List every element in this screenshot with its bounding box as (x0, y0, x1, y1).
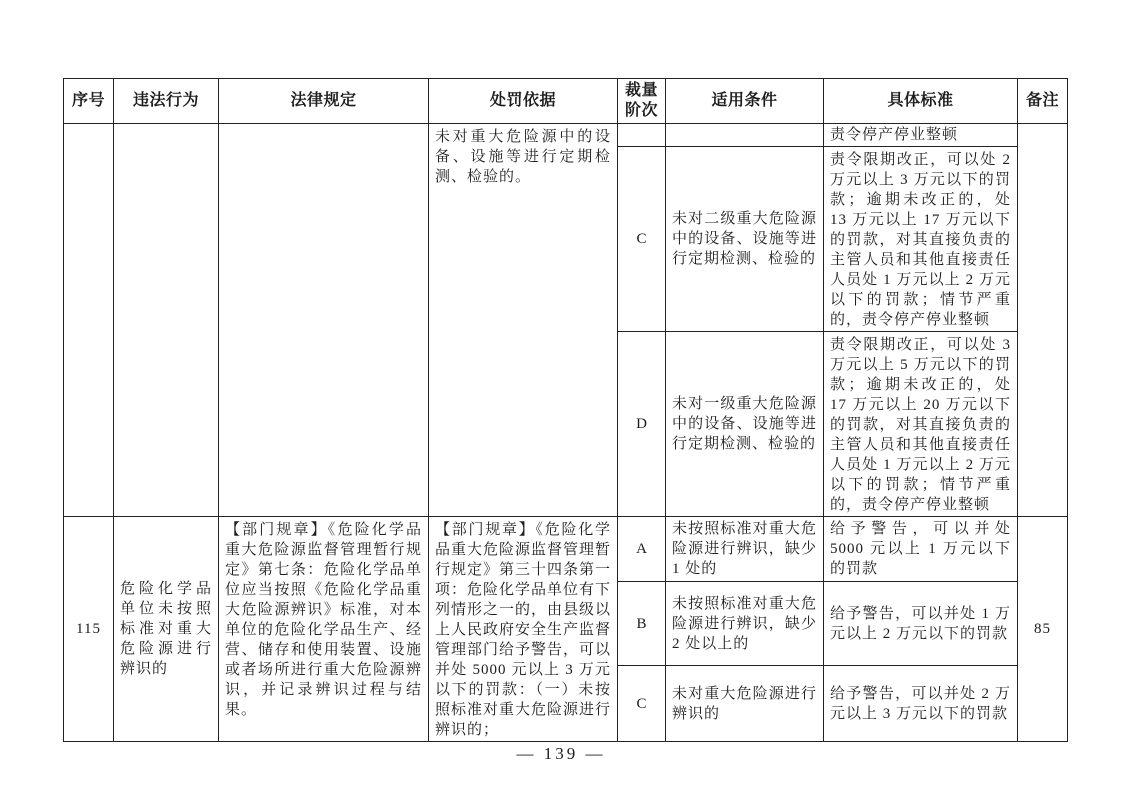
header-law: 法律规定 (219, 79, 429, 124)
cell-s1-note (1018, 124, 1068, 517)
cell-s2-basis: 【部门规章】《危险化学品重大危险源监督管理暂行规定》第三十四条第一项：危险化学品… (429, 517, 618, 742)
cell-s1r1-tier: C (618, 147, 666, 332)
cell-s2r1-tier: B (618, 582, 666, 666)
cell-s2r2-condition: 未对重大危险源进行辨识的 (666, 666, 824, 742)
cell-s1r2-condition: 未对一级重大危险源中的设备、设施等进行定期检测、检验的 (666, 332, 824, 517)
cell-s1r0-tier (618, 124, 666, 147)
cell-s1-law (219, 124, 429, 517)
cell-s2r0-tier: A (618, 517, 666, 582)
header-basis: 处罚依据 (429, 79, 618, 124)
cell-s2r2-tier: C (618, 666, 666, 742)
header-condition: 适用条件 (666, 79, 824, 124)
header-seq: 序号 (64, 79, 114, 124)
cell-s2r2-standard: 给予警告，可以并处 2 万元以上 3 万元以下的罚款 (824, 666, 1018, 742)
cell-s2r1-standard: 给予警告，可以并处 1 万元以上 2 万元以下的罚款 (824, 582, 1018, 666)
cell-s2-behavior: 危险化学品单位未按照标准对重大危险源进行辨识的 (114, 517, 219, 742)
page-number: — 139 — (0, 744, 1122, 764)
penalty-discretion-table: 序号 违法行为 法律规定 处罚依据 裁量阶次 适用条件 具体标准 备注 未对重大… (63, 78, 1068, 742)
cell-s1r0-condition (666, 124, 824, 147)
cell-s2-note: 85 (1018, 517, 1068, 742)
cell-s2-seq: 115 (64, 517, 114, 742)
document-page: 序号 违法行为 法律规定 处罚依据 裁量阶次 适用条件 具体标准 备注 未对重大… (0, 0, 1122, 793)
cell-s2r1-condition: 未按照标准对重大危险源进行辨识，缺少 2 处以上的 (666, 582, 824, 666)
table-row: 未对重大危险源中的设备、设施等进行定期检测、检验的。 责令停产停业整顿 (64, 124, 1068, 147)
table-row: 115 危险化学品单位未按照标准对重大危险源进行辨识的 【部门规章】《危险化学品… (64, 517, 1068, 582)
header-behavior: 违法行为 (114, 79, 219, 124)
header-standard: 具体标准 (824, 79, 1018, 124)
cell-s2-law: 【部门规章】《危险化学品重大危险源监督管理暂行规定》第七条：危险化学品单位应当按… (219, 517, 429, 742)
header-tier: 裁量阶次 (618, 79, 666, 124)
cell-s1r0-standard: 责令停产停业整顿 (824, 124, 1018, 147)
cell-s2r0-standard: 给予警告，可以并处 5000 元以上 1 万元以下的罚款 (824, 517, 1018, 582)
cell-s1r1-condition: 未对二级重大危险源中的设备、设施等进行定期检测、检验的 (666, 147, 824, 332)
cell-s1r2-standard: 责令限期改正，可以处 3 万元以上 5 万元以下的罚款；逾期未改正的，处 17 … (824, 332, 1018, 517)
cell-s1r2-tier: D (618, 332, 666, 517)
cell-s1-seq (64, 124, 114, 517)
cell-s1r1-standard: 责令限期改正，可以处 2 万元以上 3 万元以下的罚款；逾期未改正的，处 13 … (824, 147, 1018, 332)
cell-s1-behavior (114, 124, 219, 517)
header-note: 备注 (1018, 79, 1068, 124)
cell-s2r0-condition: 未按照标准对重大危险源进行辨识，缺少 1 处的 (666, 517, 824, 582)
cell-s1-basis: 未对重大危险源中的设备、设施等进行定期检测、检验的。 (429, 124, 618, 517)
table-header-row: 序号 违法行为 法律规定 处罚依据 裁量阶次 适用条件 具体标准 备注 (64, 79, 1068, 124)
